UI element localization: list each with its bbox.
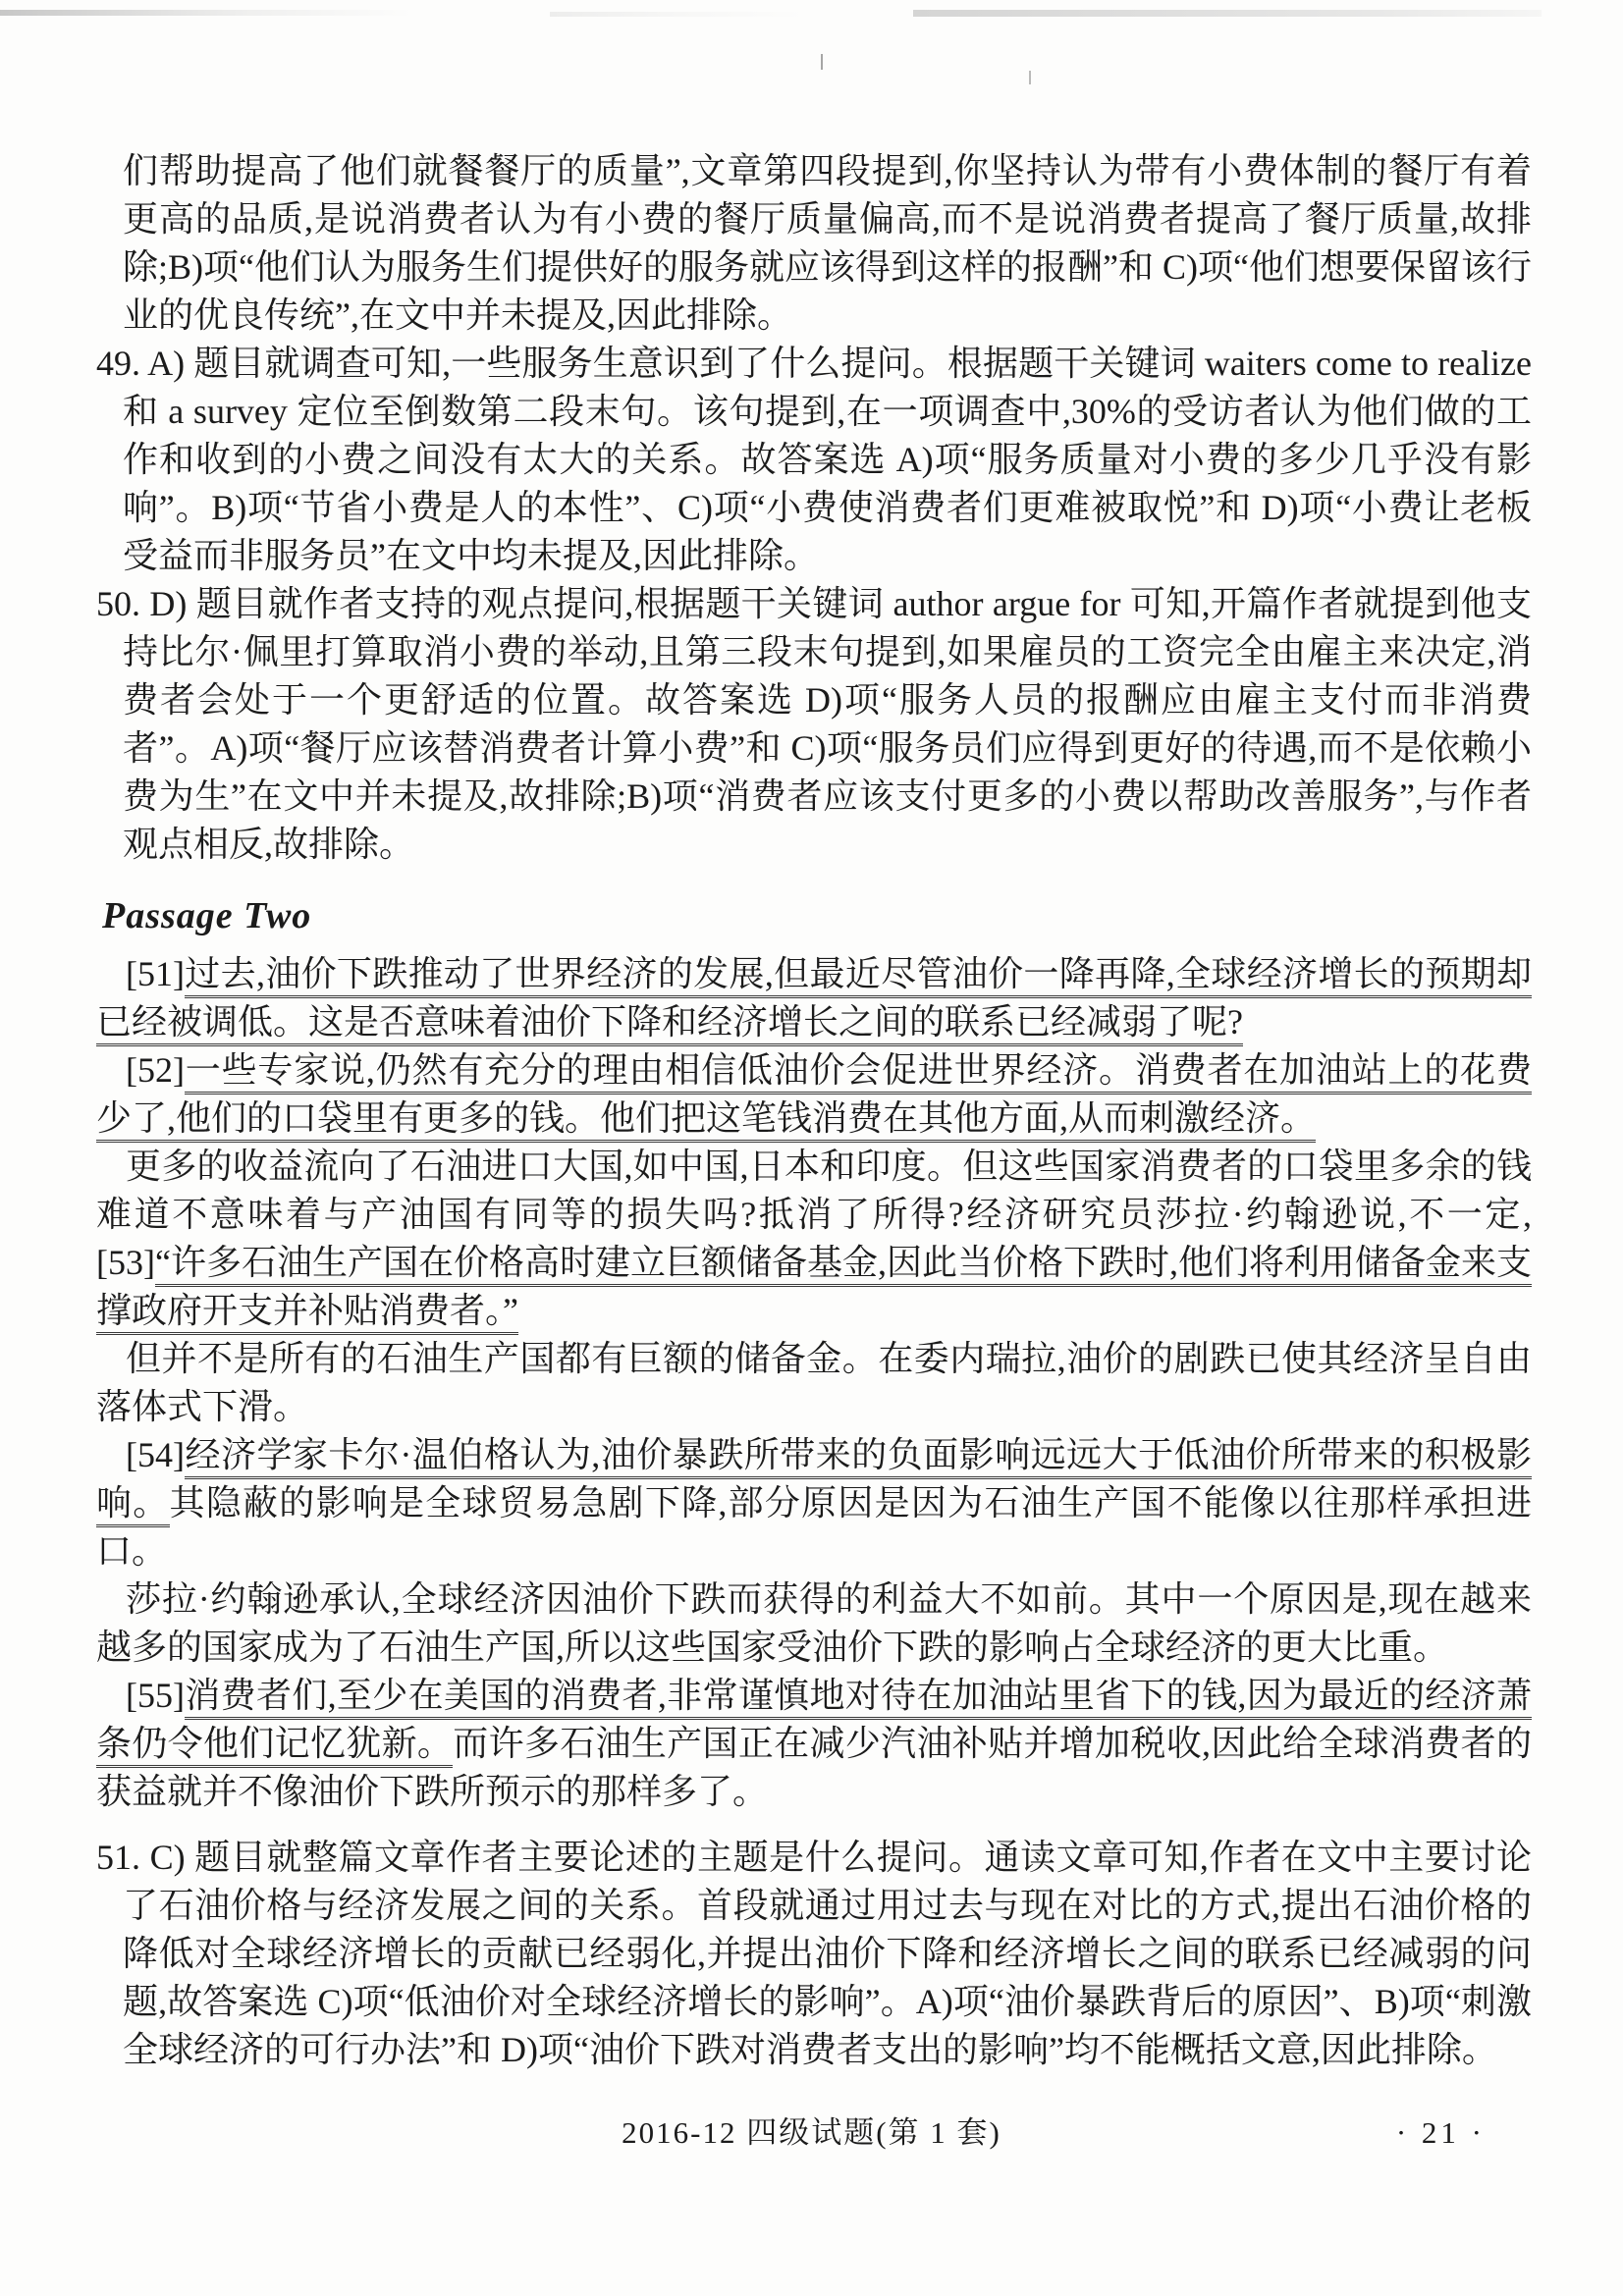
text-segment: A) 题目就调查可知,一些服务生意识到了什么提问。根据题干关键词 waiters… (123, 344, 1532, 575)
scanned-exam-page: 们帮助提高了他们就餐餐厅的质量”,文章第四段提到,你坚持认为带有小费体制的餐厅有… (0, 0, 1623, 2296)
passage-translation-paragraph: 更多的收益流向了石油进口大国,如中国,日本和印度。但这些国家消费者的口袋里多余的… (96, 1143, 1532, 1335)
question-number-marker: [51] (126, 954, 185, 993)
question-number-marker: [55] (126, 1676, 185, 1715)
text-segment: 莎拉·约翰逊承认,全球经济因油价下跌而获得的利益大不如前。其中一个原因是,现在越… (96, 1579, 1532, 1667)
text-segment: 其隐蔽的影响是全球贸易急剧下降,部分原因是因为石油生产国不能像以往那样承担进口。 (96, 1483, 1532, 1571)
scan-streak (550, 12, 805, 17)
text-segment: 更多的收益流向了石油进口大国,如中国,日本和印度。但这些国家消费者的口袋里多余的… (96, 1147, 1532, 1234)
question-number-marker: [52] (126, 1050, 185, 1090)
footer-exam-title: 2016-12 四级试题(第 1 套) (0, 2109, 1623, 2157)
page-footer: 2016-12 四级试题(第 1 套) · 21 · (0, 2109, 1623, 2157)
scan-speck (1029, 71, 1031, 84)
page-number: · 21 · (1396, 2109, 1486, 2157)
passage-translation-paragraph: 但并不是所有的石油生产国都有巨额的储备金。在委内瑞拉,油价的剧跌已使其经济呈自由… (96, 1335, 1532, 1431)
answer-item-49: 49. A) 题目就调查可知,一些服务生意识到了什么提问。根据题干关键词 wai… (96, 340, 1532, 580)
passage-heading: Passage Two (102, 892, 1532, 940)
answer-item-51: 51. C) 题目就整篇文章作者主要论述的主题是什么提问。通读文章可知,作者在文… (96, 1834, 1532, 2074)
underlined-key-sentence: 过去,油价下跌推动了世界经济的发展,但最近尽管油价一降再降,全球经济增长的预期却… (96, 954, 1532, 1046)
question-number-marker: [53] (96, 1243, 155, 1282)
item-number: 50. (96, 584, 149, 623)
text-segment: C) 题目就整篇文章作者主要论述的主题是什么提问。通读文章可知,作者在文中主要讨… (123, 1838, 1532, 2069)
scan-streak (0, 10, 412, 16)
passage-translation-paragraph: [54]经济学家卡尔·温伯格认为,油价暴跌所带来的负面影响远远大于低油价所带来的… (96, 1431, 1532, 1575)
item-number: 51. (96, 1838, 150, 1877)
question-number-marker: [54] (126, 1435, 185, 1474)
passage-translation-paragraph: [51]过去,油价下跌推动了世界经济的发展,但最近尽管油价一降再降,全球经济增长… (96, 950, 1532, 1046)
answer-item-50: 50. D) 题目就作者支持的观点提问,根据题干关键词 author argue… (96, 580, 1532, 869)
scan-speck (821, 54, 823, 70)
passage-translation-paragraph: 莎拉·约翰逊承认,全球经济因油价下跌而获得的利益大不如前。其中一个原因是,现在越… (96, 1575, 1532, 1672)
scan-streak (913, 10, 1542, 17)
text-segment: 但并不是所有的石油生产国都有巨额的储备金。在委内瑞拉,油价的剧跌已使其经济呈自由… (96, 1339, 1532, 1426)
underlined-key-sentence: 一些专家说,仍然有充分的理由相信低油价会促进世界经济。消费者在加油站上的花费少了… (96, 1050, 1532, 1143)
continuation-paragraph: 们帮助提高了他们就餐餐厅的质量”,文章第四段提到,你坚持认为带有小费体制的餐厅有… (96, 147, 1532, 340)
text-segment: D) 题目就作者支持的观点提问,根据题干关键词 author argue for… (123, 584, 1532, 864)
passage-translation-paragraph: [52]一些专家说,仍然有充分的理由相信低油价会促进世界经济。消费者在加油站上的… (96, 1046, 1532, 1143)
underlined-key-sentence: “许多石油生产国在价格高时建立巨额储备基金,因此当价格下跌时,他们将利用储备金来… (96, 1243, 1532, 1335)
answer-explanation-content: 们帮助提高了他们就餐餐厅的质量”,文章第四段提到,你坚持认为带有小费体制的餐厅有… (96, 147, 1532, 2074)
text-segment: 们帮助提高了他们就餐餐厅的质量”,文章第四段提到,你坚持认为带有小费体制的餐厅有… (123, 151, 1532, 335)
item-number: 49. (96, 344, 147, 383)
passage-translation-paragraph: [55]消费者们,至少在美国的消费者,非常谨慎地对待在加油站里省下的钱,因为最近… (96, 1672, 1532, 1816)
